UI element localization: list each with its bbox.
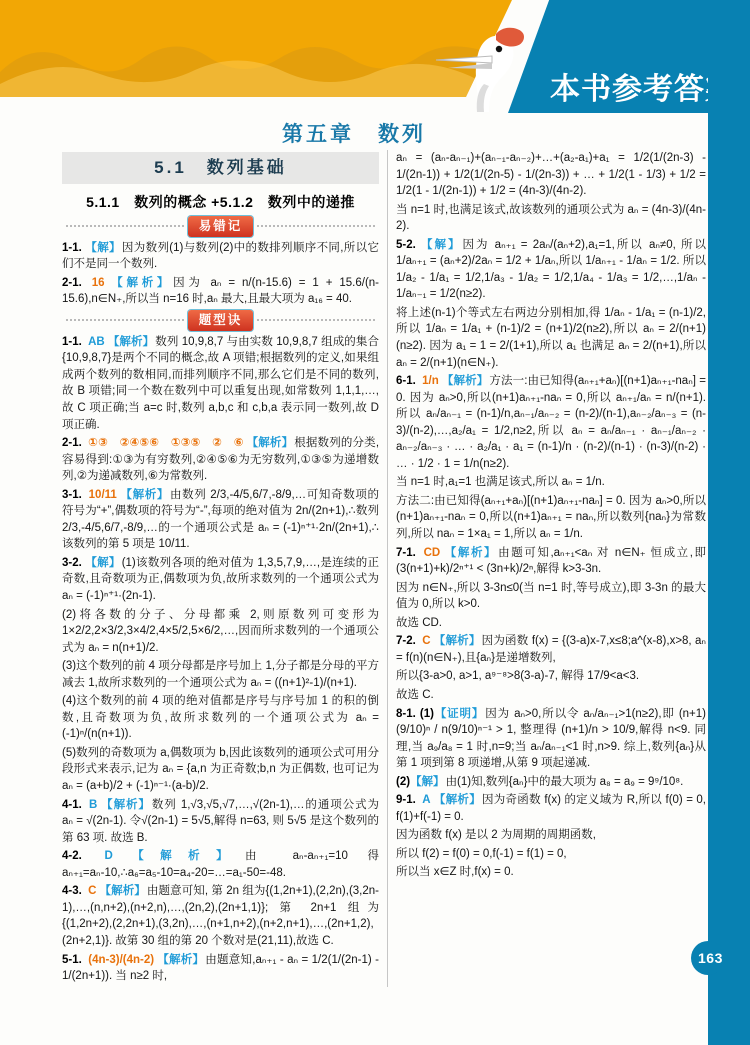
solution-text: 故选 C. [396,689,434,701]
solution-label: 【解】 [421,239,461,251]
section-badge-row: 题型诀 [62,310,379,331]
answer-number: 4-3. [62,885,85,897]
answer-part-number: (1) [420,708,434,720]
answer-number: 4-1. [62,799,86,811]
answer-item: 6-1. 1/n【解析】方法一:由已知得(aₙ₊₁+aₙ)[(n+1)aₙ₊₁-… [396,373,706,472]
answer-value: 10/11 [89,489,117,501]
answer-value: C [88,885,96,897]
solution-text: (5)数列的奇数项为 a,偶数项为 b,因此该数列的通项公式可用分段形式来表示,… [62,747,379,792]
solution-label: 【解析】 [443,547,497,559]
solution-text: 方法二:由已知得(aₙ₊₁+aₙ)[(n+1)aₙ₊₁-naₙ] = 0. 因为… [396,495,706,540]
answer-item: 方法二:由已知得(aₙ₊₁+aₙ)[(n+1)aₙ₊₁-naₙ] = 0. 因为… [396,493,706,543]
answer-item: 3-1. 10/11【解析】由数列 2/3,-4/5,6/7,-8/9,…可知奇… [62,487,379,553]
answers-columns: 5.1 数列基础 5.1.1 数列的概念 +5.1.2 数列中的递推 易错记1-… [62,150,706,987]
solution-label: 【解析】 [120,489,169,501]
solution-text: 方法一:由已知得(aₙ₊₁+aₙ)[(n+1)aₙ₊₁-naₙ] = 0. 因为… [396,375,706,470]
solution-label: 【解析】 [434,794,481,806]
answers-right-column: aₙ = (aₙ-aₙ₋₁)+(aₙ₋₁-aₙ₋₂)+…+(a₂-a₁)+a₁ … [388,150,706,987]
answer-number: 2-1. [62,277,89,289]
answer-value: A [422,794,430,806]
solution-text: (4)这个数列的前 4 项的绝对值都是序号与序号加 1 的积的倒数,且奇数项为负… [62,695,379,740]
answer-item: (2)将各数的分子、分母都乘 2,则原数列可变形为 1×2/2,2×3/2,3×… [62,607,379,657]
answer-item: 2-1. ①③ ②④⑤⑥ ①③⑤ ② ⑥【解析】根据数列的分类,容易得到:①③为… [62,435,379,485]
solution-label: 【解析】 [116,850,244,862]
solution-text: 数列 10,9,8,7 与由实数 10,9,8,7 组成的集合{10,9,8,7… [62,336,379,431]
answer-value: B [89,799,97,811]
answer-item: aₙ = (aₙ-aₙ₋₁)+(aₙ₋₁-aₙ₋₂)+…+(a₂-a₁)+a₁ … [396,150,706,200]
answer-number: 7-2. [396,635,419,647]
solution-text: 当 n=1 时,也满足该式,故该数列的通项公式为 aₙ = (4n-3)/(4n… [396,204,706,233]
section-title: 5.1 数列基础 [62,152,379,184]
answer-item: (2)【解】由(1)知,数列{aₙ}中的最大项为 a₈ = a₉ = 9⁹/10… [396,774,706,791]
solution-text: (2)将各数的分子、分母都乘 2,则原数列可变形为 1×2/2,2×3/2,3×… [62,609,379,654]
answer-item: 当 n=1 时,a₁=1 也满足该式,所以 aₙ = 1/n. [396,474,706,491]
solution-label: 【解】 [85,557,120,569]
answer-item: 7-1. CD【解析】由题可知,aₙ₊₁<aₙ 对 n∈N₊ 恒成立,即 (3(… [396,545,706,578]
solution-text: aₙ = (aₙ-aₙ₋₁)+(aₙ₋₁-aₙ₋₂)+…+(a₂-a₁)+a₁ … [396,152,706,197]
answer-value: 16 [92,277,105,289]
solution-label: 【解析】 [157,954,204,966]
answer-item: (5)数列的奇数项为 a,偶数项为 b,因此该数列的通项公式可用分段形式来表示,… [62,745,379,795]
chapter-title: 第五章 数列 [0,118,708,148]
page: 本书参考答案 163 第五章 数列 5.1 数列基础 5.1.1 数列的概念 +… [0,0,750,1045]
answer-value: D [104,850,112,862]
answer-item: 1-1. AB【解析】数列 10,9,8,7 与由实数 10,9,8,7 组成的… [62,334,379,433]
answer-item: (4)这个数列的前 4 项的绝对值都是序号与序号加 1 的积的倒数,且奇数项为负… [62,693,379,743]
answer-item: 因为 n∈N₊,所以 3-3n≤0(当 n=1 时,等号成立),即 3-3n 的… [396,580,706,613]
answer-number: 9-1. [396,794,419,806]
answer-item: 5-1. (4n-3)/(4n-2)【解析】由题意知,aₙ₊₁ - aₙ = 1… [62,952,379,985]
answer-item: 7-2. C【解析】因为函数 f(x) = {(3-a)x-7,x≤8;a^(x… [396,633,706,666]
answer-value: AB [88,336,105,348]
answer-item: 3-2. 【解】(1)该数列各项的绝对值为 1,3,5,7,9,…,是连续的正奇… [62,555,379,605]
solution-label: 【解析】 [99,885,145,897]
answer-item: (3)这个数列的前 4 项分母都是序号加上 1,分子都是分母的平方减去 1,故所… [62,658,379,691]
section-badge: 易错记 [188,216,254,237]
answer-item: 4-1. B【解析】数列 1,√3,√5,√7,…,√(2n-1),…的通项公式… [62,797,379,847]
answer-item: 9-1. A【解析】因为奇函数 f(x) 的定义域为 R,所以 f(0) = 0… [396,792,706,825]
subsection-title: 5.1.1 数列的概念 +5.1.2 数列中的递推 [62,192,379,212]
answer-number: 5-1. [62,954,85,966]
answer-number: 2-1. [62,437,85,449]
answer-number: 8-1. [396,708,420,720]
answer-item: 2-1. 16【解析】因为 aₙ = n/(n-15.6) = 1 + 15.6… [62,275,379,308]
solution-text: 因为 n∈N₊,所以 3-3n≤0(当 n=1 时,等号成立),即 3-3n 的… [396,582,706,611]
solution-label: 【解析】 [108,277,173,289]
answer-value: 1/n [422,375,439,387]
solution-text: 所以当 x∈Z 时,f(x) = 0. [396,866,514,878]
answer-item: 所以{3-a>0, a>1, a⁹⁻⁸>8(3-a)-7, 解得 17/9<a<… [396,668,706,685]
answer-number: 5-2. [396,239,421,251]
solution-label: 【解析】 [247,437,294,449]
solution-text: 因为函数 f(x) 是以 2 为周期的周期函数, [396,829,596,841]
answer-value: C [422,635,430,647]
solution-text: 由(1)知,数列{aₙ}中的最大项为 a₈ = a₉ = 9⁹/10⁸. [446,776,684,788]
answer-value: (4n-3)/(4n-2) [88,954,154,966]
solution-label: 【证明】 [434,708,484,720]
answers-left-column: 5.1 数列基础 5.1.1 数列的概念 +5.1.2 数列中的递推 易错记1-… [62,150,388,987]
answer-item: 所以 f(2) = f(0) = 0,f(-1) = f(1) = 0, [396,846,706,863]
answer-number: 1-1. [62,242,85,254]
solution-text: 故选 CD. [396,617,442,629]
solution-label: 【解】 [410,776,445,788]
answer-item: 故选 C. [396,687,706,704]
answer-value: ①③ ②④⑤⑥ ①③⑤ ② ⑥ [88,437,243,449]
section-badge-row: 易错记 [62,216,379,237]
answer-part-number: (2) [396,776,410,788]
header-banner: 本书参考答案 [0,0,750,114]
answer-item: 当 n=1 时,也满足该式,故该数列的通项公式为 aₙ = (4n-3)/(4n… [396,202,706,235]
solution-text: 将上述(n-1)个等式左右两边分别相加,得 1/aₙ - 1/a₁ = (n-1… [396,307,706,369]
solution-text: 所以{3-a>0, a>1, a⁹⁻⁸>8(3-a)-7, 解得 17/9<a<… [396,670,639,682]
answer-item: 4-2. D【解析】由 aₙ-aₙ₊₁=10 得 aₙ₊₁=aₙ-10,∴a₆=… [62,848,379,881]
solution-text: (3)这个数列的前 4 项分母都是序号加上 1,分子都是分母的平方减去 1,故所… [62,660,379,689]
solution-text: 当 n=1 时,a₁=1 也满足该式,所以 aₙ = 1/n. [396,476,605,488]
answer-number: 6-1. [396,375,419,387]
answer-item: 因为函数 f(x) 是以 2 为周期的周期函数, [396,827,706,844]
section-badge: 题型诀 [188,310,254,331]
answer-item: 4-3. C【解析】由题意可知, 第 2n 组为{(1,2n+1),(2,2n)… [62,883,379,949]
answer-number: 3-1. [62,489,86,501]
answer-item: 8-1. (1)【证明】因为 aₙ>0,所以令 aₙ/aₙ₋₁>1(n≥2),即… [396,706,706,772]
page-edge-strip [708,0,750,1045]
solution-label: 【解】 [85,242,121,254]
answer-item: 1-1. 【解】因为数列(1)与数列(2)中的数排列顺序不同,所以它们不是同一个… [62,240,379,273]
answer-item: 所以当 x∈Z 时,f(x) = 0. [396,864,706,881]
solution-label: 【解析】 [434,635,481,647]
solution-label: 【解析】 [100,799,151,811]
answer-value: CD [424,547,441,559]
crane-logo-icon [418,16,528,112]
answer-item: 5-2. 【解】因为 aₙ₊₁ = 2aₙ/(aₙ+2),a₁=1,所以 aₙ≠… [396,237,706,303]
solution-label: 【解析】 [442,375,489,387]
solution-text: 所以 f(2) = f(0) = 0,f(-1) = f(1) = 0, [396,848,567,860]
answer-number: 4-2. [62,850,101,862]
solution-label: 【解析】 [108,336,154,348]
answer-number: 3-2. [62,557,85,569]
answer-item: 将上述(n-1)个等式左右两边分别相加,得 1/aₙ - 1/a₁ = (n-1… [396,305,706,371]
answer-number: 1-1. [62,336,85,348]
answer-item: 故选 CD. [396,615,706,632]
answer-number: 7-1. [396,547,421,559]
